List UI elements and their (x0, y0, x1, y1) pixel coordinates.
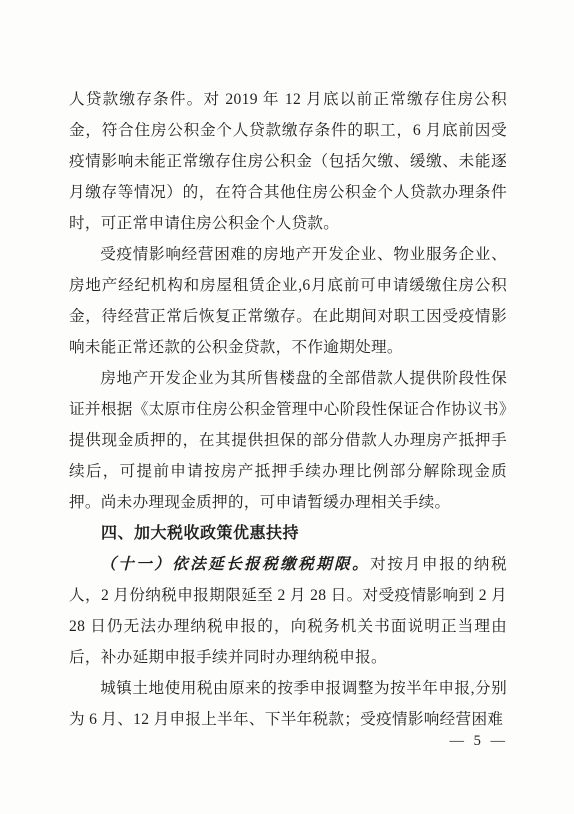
document-page: 人贷款缴存条件。对 2019 年 12 月底以前正常缴存住房公积金，符合住房公积… (0, 0, 574, 814)
clause-title: （十一）依法延长报税缴税期限。 (100, 556, 370, 573)
section-heading: 四、加大税收政策优惠扶持 (69, 518, 507, 549)
paragraph-developer-guarantee: 房地产开发企业为其所售楼盘的全部借款人提供阶段性保证并根据《太原市住房公积金管理… (69, 363, 507, 518)
paragraph-continuation: 人贷款缴存条件。对 2019 年 12 月底以前正常缴存住房公积金，符合住房公积… (69, 84, 507, 239)
clause-paragraph: （十一）依法延长报税缴税期限。对按月申报的纳税人，2 月份纳税申报期限延至 2 … (69, 549, 507, 673)
page-number: — 5 — (450, 733, 509, 750)
document-body: 人贷款缴存条件。对 2019 年 12 月底以前正常缴存住房公积金，符合住房公积… (69, 84, 507, 735)
paragraph-housing-fund-deferral: 受疫情影响经营困难的房地产开发企业、物业服务企业、房地产经纪机构和房屋租赁企业,… (69, 239, 507, 363)
paragraph-land-use-tax: 城镇土地使用税由原来的按季申报调整为按半年申报,分别为 6 月、12 月申报上半… (69, 673, 507, 735)
